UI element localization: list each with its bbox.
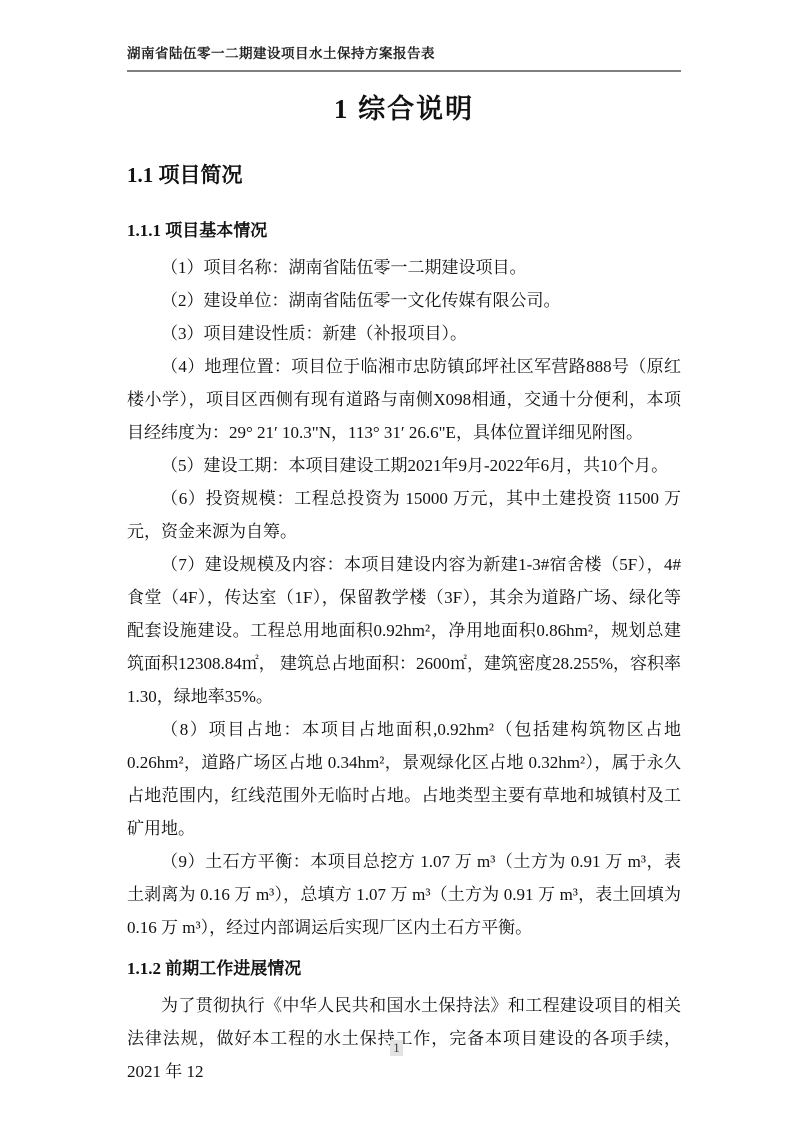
body-paragraph: （1）项目名称：湖南省陆伍零一二期建设项目。 (127, 251, 681, 284)
body-paragraph: （2）建设单位：湖南省陆伍零一文化传媒有限公司。 (127, 284, 681, 317)
document-page: 湖南省陆伍零一二期建设项目水土保持方案报告表 1 综合说明 1.1 项目简况 1… (0, 0, 793, 1122)
section-1-1-1-body: （1）项目名称：湖南省陆伍零一二期建设项目。 （2）建设单位：湖南省陆伍零一文化… (127, 251, 681, 944)
running-header-title: 湖南省陆伍零一二期建设项目水土保持方案报告表 (127, 46, 435, 61)
body-paragraph: （7）建设规模及内容：本项目建设内容为新建1-3#宿舍楼（5F），4#食堂（4F… (127, 548, 681, 713)
subsection-heading-1-1-1: 1.1.1 项目基本情况 (127, 220, 681, 242)
body-paragraph: （9）土石方平衡：本项目总挖方 1.07 万 m³（土方为 0.91 万 m³，… (127, 845, 681, 944)
section-heading-1-1: 1.1 项目简况 (127, 162, 681, 188)
body-paragraph: （8）项目占地：本项目占地面积,0.92hm²（包括建构筑物区占地 0.26hm… (127, 713, 681, 845)
body-paragraph: （3）项目建设性质：新建（补报项目）。 (127, 317, 681, 350)
page-number-field: 1 (390, 1040, 402, 1056)
running-header: 湖南省陆伍零一二期建设项目水土保持方案报告表 (127, 0, 681, 72)
subsection-heading-1-1-2: 1.1.2 前期工作进展情况 (127, 958, 681, 980)
body-paragraph: （4）地理位置：项目位于临湘市忠防镇邱坪社区军营路888号（原红楼小学），项目区… (127, 350, 681, 449)
body-paragraph: （6）投资规模：工程总投资为 15000 万元，其中土建投资 11500 万元，… (127, 482, 681, 548)
body-paragraph: （5）建设工期：本项目建设工期2021年9月-2022年6月，共10个月。 (127, 449, 681, 482)
page-footer: 1 (0, 1039, 793, 1057)
chapter-title: 1 综合说明 (127, 92, 681, 126)
